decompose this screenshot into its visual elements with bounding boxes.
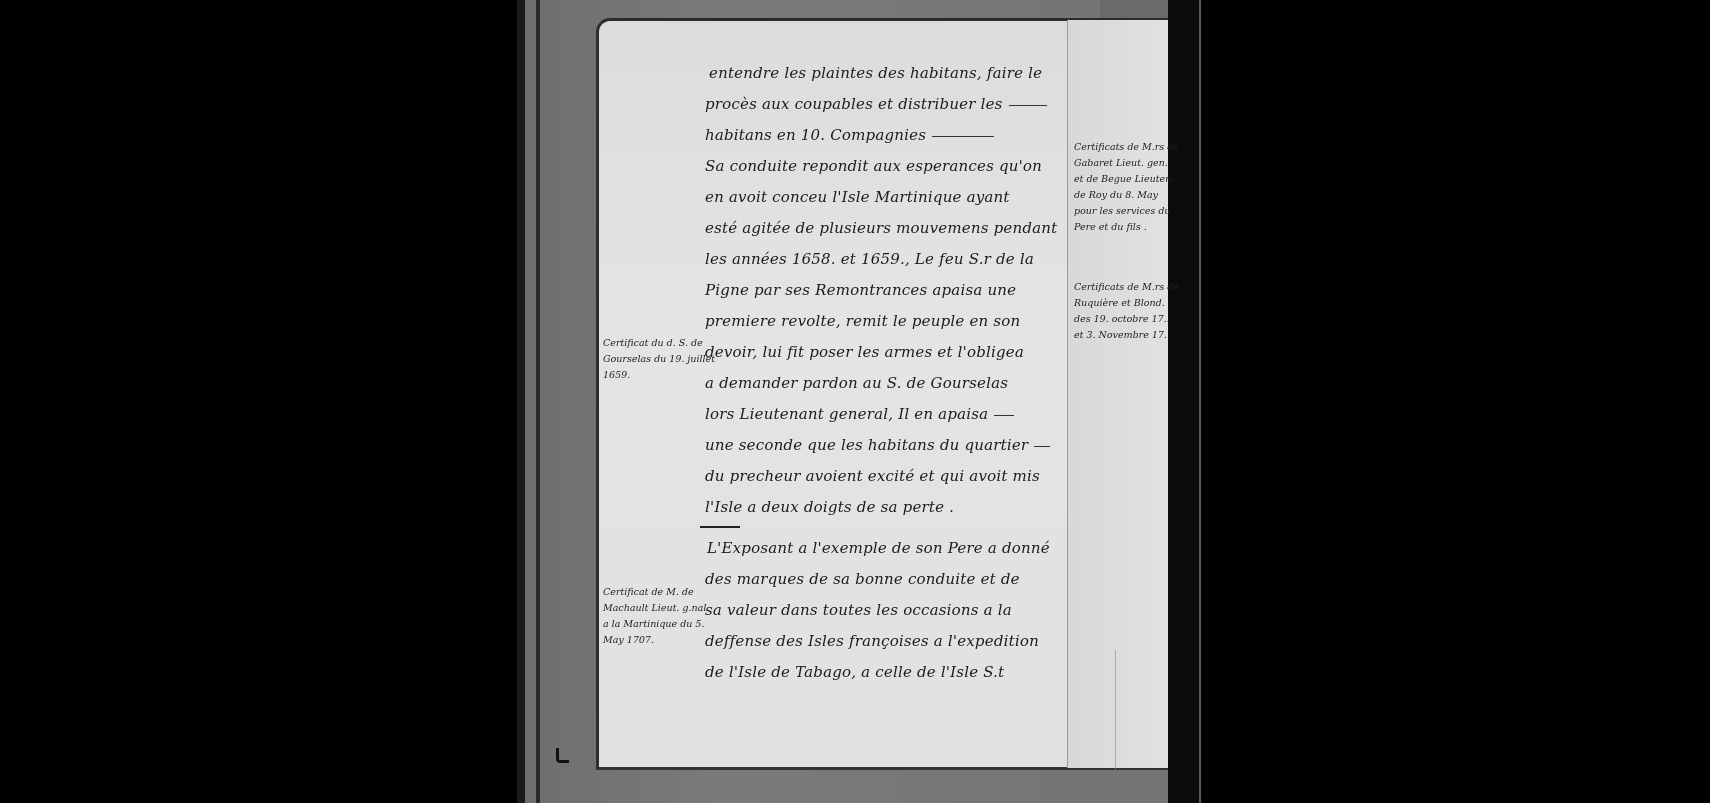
text-line-content: sa valeur dans toutes les occasions a la (705, 601, 1012, 619)
text-line-content: habitans en 10. Compagnies (705, 126, 926, 144)
margin-note-line: a la Martinique du 5. (603, 617, 706, 633)
text-line: du precheur avoient excité et qui avoit … (705, 461, 1070, 492)
text-line-content: lors Lieutenant general, Il en apaisa (705, 405, 988, 423)
page-margin-fold (1067, 20, 1171, 768)
text-line-content: premiere revolte, remit le peuple en son (705, 312, 1020, 330)
text-line: lors Lieutenant general, Il en apaisa (705, 399, 1070, 430)
text-line: sa valeur dans toutes les occasions a la (705, 595, 1070, 626)
text-line-content: L'Exposant a l'exemple de son Pere a don… (707, 539, 1050, 557)
margin-note-line: Pere et du fils . (1074, 220, 1179, 236)
text-line: entendre les plaintes des habitans, fair… (705, 58, 1070, 89)
film-corner-mark (556, 748, 569, 763)
text-line: l'Isle a deux doigts de sa perte . (705, 492, 1070, 523)
film-edge-line (1199, 0, 1201, 803)
text-line-content: en avoit conceu l'Isle Martinique ayant (705, 188, 1010, 206)
scan-edge-line (536, 0, 540, 803)
text-line-content: l'Isle a deux doigts de sa perte . (705, 498, 954, 516)
margin-note-line: Certificats de M.rs de (1074, 280, 1179, 296)
margin-note-line: des 19. octobre 17.. (1074, 312, 1179, 328)
margin-note-line: Certificat de M. de (603, 585, 706, 601)
text-line: les années 1658. et 1659., Le feu S.r de… (705, 244, 1070, 275)
text-line-content: esté agitée de plusieurs mouvemens penda… (705, 219, 1057, 237)
margin-note-line: Ruquière et Blond. (1074, 296, 1179, 312)
film-border-right (1168, 0, 1202, 803)
line-filler (932, 136, 994, 137)
text-line-content: une seconde que les habitans du quartier (705, 436, 1028, 454)
text-line: deffense des Isles françoises a l'expedi… (705, 626, 1070, 657)
margin-note-line: May 1707. (603, 633, 706, 649)
text-line: L'Exposant a l'exemple de son Pere a don… (705, 533, 1070, 564)
text-line-content: de l'Isle de Tabago, a celle de l'Isle S… (705, 663, 1004, 681)
paper-top-shade (1100, 0, 1170, 20)
margin-note-line: de Roy du 8. May (1074, 188, 1179, 204)
paragraph-lead-stroke (700, 526, 740, 528)
line-filler (1009, 105, 1047, 106)
text-line: a demander pardon au S. de Gourselas (705, 368, 1070, 399)
text-line: en avoit conceu l'Isle Martinique ayant (705, 182, 1070, 213)
text-line-content: les années 1658. et 1659., Le feu S.r de… (705, 250, 1034, 268)
text-line-content: Sa conduite repondit aux esperances qu'o… (705, 157, 1042, 175)
text-line: Sa conduite repondit aux esperances qu'o… (705, 151, 1070, 182)
margin-note-line: 1659. (603, 368, 715, 384)
margin-note-right-ruquiere: Certificats de M.rs de Ruquière et Blond… (1074, 280, 1179, 344)
margin-note-right-gabaret: Certificats de M.rs de Gabaret Lieut. ge… (1074, 140, 1179, 236)
manuscript-body: entendre les plaintes des habitans, fair… (705, 58, 1070, 688)
margin-note-line: et 3. Novembre 17.. (1074, 328, 1179, 344)
line-filler (994, 415, 1014, 416)
margin-note-line: Gourselas du 19. juillet (603, 352, 715, 368)
text-line-content: des marques de sa bonne conduite et de (705, 570, 1020, 588)
text-line-content: Pigne par ses Remontrances apaisa une (705, 281, 1016, 299)
text-line-content: a demander pardon au S. de Gourselas (705, 374, 1008, 392)
scan-edge-left (517, 0, 525, 803)
margin-note-line: Certificats de M.rs de (1074, 140, 1179, 156)
text-line-content: entendre les plaintes des habitans, fair… (709, 64, 1042, 82)
text-line: habitans en 10. Compagnies (705, 120, 1070, 151)
line-filler (1034, 446, 1050, 447)
text-line: esté agitée de plusieurs mouvemens penda… (705, 213, 1070, 244)
page-crease (1115, 650, 1116, 770)
text-line: devoir, lui fit poser les armes et l'obl… (705, 337, 1070, 368)
text-line: des marques de sa bonne conduite et de (705, 564, 1070, 595)
text-line: une seconde que les habitans du quartier (705, 430, 1070, 461)
margin-note-line: Machault Lieut. g.nal (603, 601, 706, 617)
text-line: premiere revolte, remit le peuple en son (705, 306, 1070, 337)
margin-note-left-gourselas: Certificat du d. S. de Gourselas du 19. … (603, 336, 715, 384)
margin-note-line: Certificat du d. S. de (603, 336, 715, 352)
text-line: de l'Isle de Tabago, a celle de l'Isle S… (705, 657, 1070, 688)
text-line-content: du precheur avoient excité et qui avoit … (705, 467, 1040, 485)
text-line-content: devoir, lui fit poser les armes et l'obl… (705, 343, 1024, 361)
margin-note-left-machault: Certificat de M. de Machault Lieut. g.na… (603, 585, 706, 649)
margin-note-line: pour les services du (1074, 204, 1179, 220)
text-line: procès aux coupables et distribuer les (705, 89, 1070, 120)
text-line-content: procès aux coupables et distribuer les (705, 95, 1003, 113)
margin-note-line: Gabaret Lieut. gen. (1074, 156, 1179, 172)
text-line-content: deffense des Isles françoises a l'expedi… (705, 632, 1039, 650)
text-line: Pigne par ses Remontrances apaisa une (705, 275, 1070, 306)
margin-note-line: et de Begue Lieuten. (1074, 172, 1179, 188)
